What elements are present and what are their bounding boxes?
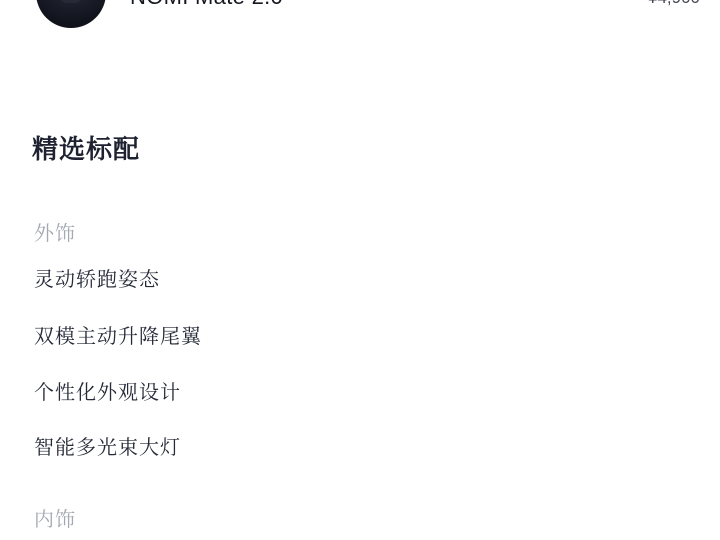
config-page: NOMI Mate 2.0 ¥4,900 精选标配 外饰 灵动轿跑姿态 双模主动… xyxy=(0,0,720,540)
feature-item-appearance: 个性化外观设计 xyxy=(34,381,181,406)
option-row-nomi[interactable]: NOMI Mate 2.0 ¥4,900 xyxy=(0,0,720,40)
product-name: NOMI Mate 2.0 xyxy=(130,0,283,8)
feature-item-headlights: 智能多光束大灯 xyxy=(34,436,181,461)
feature-item-posture: 灵动轿跑姿态 xyxy=(34,268,160,293)
section-label-interior: 内饰 xyxy=(34,508,76,532)
feature-item-spoiler: 双模主动升降尾翼 xyxy=(34,325,202,350)
nomi-sphere-icon xyxy=(36,0,106,28)
page-title: 精选标配 xyxy=(32,133,140,165)
product-price: ¥4,900 xyxy=(648,0,700,6)
nomi-product-image xyxy=(36,0,106,28)
section-label-exterior: 外饰 xyxy=(34,222,76,246)
